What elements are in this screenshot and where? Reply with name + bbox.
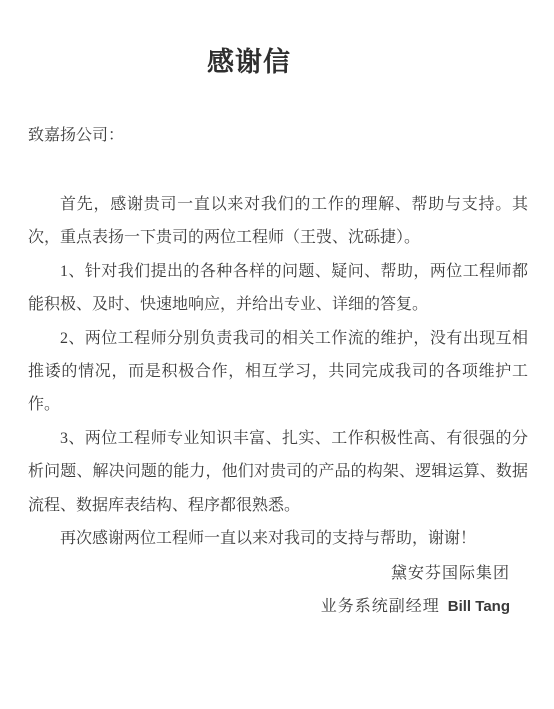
letter-paragraph: 3、两位工程师专业知识丰富、扎实、工作积极性高、有很强的分析问题、解决问题的能力… xyxy=(28,422,528,522)
signature-role-line: 业务系统副经理Bill Tang xyxy=(321,590,510,623)
letter-paragraph: 2、两位工程师分别负责我司的相关工作流的维护，没有出现互相推诿的情况，而是积极合… xyxy=(28,322,528,422)
letter-paragraph: 首先，感谢贵司一直以来对我们的工作的理解、帮助与支持。其次，重点表扬一下贵司的两… xyxy=(28,188,528,255)
letter-paragraph: 1、针对我们提出的各种各样的问题、疑问、帮助，两位工程师都能积极、及时、快速地响… xyxy=(28,255,528,322)
letter-page: 感谢信 致嘉扬公司： 首先，感谢贵司一直以来对我们的工作的理解、帮助与支持。其次… xyxy=(0,0,554,709)
letter-salutation: 致嘉扬公司： xyxy=(28,126,124,146)
letter-body: 首先，感谢贵司一直以来对我们的工作的理解、帮助与支持。其次，重点表扬一下贵司的两… xyxy=(28,188,528,555)
signature-name: Bill Tang xyxy=(448,598,510,615)
signature-company: 黛安芬国际集团 xyxy=(321,557,510,590)
signature-block: 黛安芬国际集团 业务系统副经理Bill Tang xyxy=(321,557,510,624)
signature-role: 业务系统副经理 xyxy=(321,598,440,615)
letter-title: 感谢信 xyxy=(0,44,498,80)
letter-paragraph: 再次感谢两位工程师一直以来对我司的支持与帮助，谢谢！ xyxy=(28,522,528,555)
